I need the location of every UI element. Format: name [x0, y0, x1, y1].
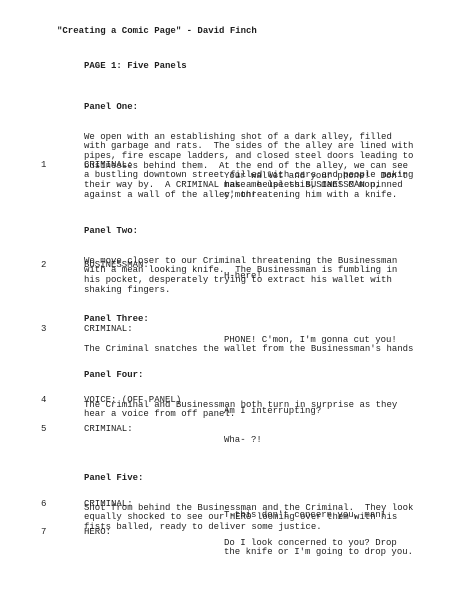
panel-heading: Panel Two: — [84, 227, 397, 237]
cue-dialogue: Am I interrupting? — [224, 407, 321, 417]
cue-character: VOICE: (OFF PANEL) — [84, 396, 321, 406]
panel-heading: Panel Four: — [84, 371, 397, 381]
cue-character: CRIMINAL: — [84, 500, 386, 510]
script-page: "Creating a Comic Page" - David Finch PA… — [0, 0, 474, 613]
cue-character: CRIMINAL: — [84, 325, 397, 335]
cue-number: 1 — [41, 161, 46, 171]
panel-heading: Panel Three: — [84, 315, 413, 325]
panel-heading: Panel Five: — [84, 474, 413, 484]
cue-dialogue: Wha- ?! — [224, 436, 262, 446]
cue-character: CRIMINAL: — [84, 161, 408, 171]
cue-number: 7 — [41, 528, 46, 538]
cue-block-3: 3 CRIMINAL: PHONE! C'mon, I'm gonna cut … — [41, 325, 397, 345]
panel-heading: Panel One: — [84, 103, 413, 113]
cue-number: 5 — [41, 425, 46, 435]
cue-number: 4 — [41, 396, 46, 406]
cue-dialogue: Your wallet and your phone! Don't make m… — [224, 172, 408, 201]
cue-block-5: 5 CRIMINAL: Wha- ?! — [41, 425, 262, 445]
cue-dialogue: T-this don't concern you, man! — [224, 511, 386, 521]
cue-block-7: 7 HERO: Do I look concerned to you? Drop… — [41, 528, 413, 558]
cue-block-6: 6 CRIMINAL: T-this don't concern you, ma… — [41, 500, 386, 520]
cue-number: 3 — [41, 325, 46, 335]
cue-character: HERO: — [84, 528, 413, 538]
cue-character: CRIMINAL: — [84, 425, 262, 435]
cue-number: 6 — [41, 500, 46, 510]
page-heading: PAGE 1: Five Panels — [84, 62, 187, 72]
cue-block-2: 2 BUSINESSMAN: H-here! — [41, 261, 262, 281]
cue-block-1: 1 CRIMINAL: Your wallet and your phone! … — [41, 161, 408, 201]
cue-dialogue: PHONE! C'mon, I'm gonna cut you! — [224, 336, 397, 346]
cue-number: 2 — [41, 261, 46, 271]
script-title: "Creating a Comic Page" - David Finch — [57, 27, 257, 37]
cue-block-4: 4 VOICE: (OFF PANEL) Am I interrupting? — [41, 396, 321, 416]
cue-dialogue: H-here! — [224, 272, 262, 282]
cue-character: BUSINESSMAN: — [84, 261, 262, 271]
cue-dialogue: Do I look concerned to you? Drop the kni… — [224, 539, 413, 558]
